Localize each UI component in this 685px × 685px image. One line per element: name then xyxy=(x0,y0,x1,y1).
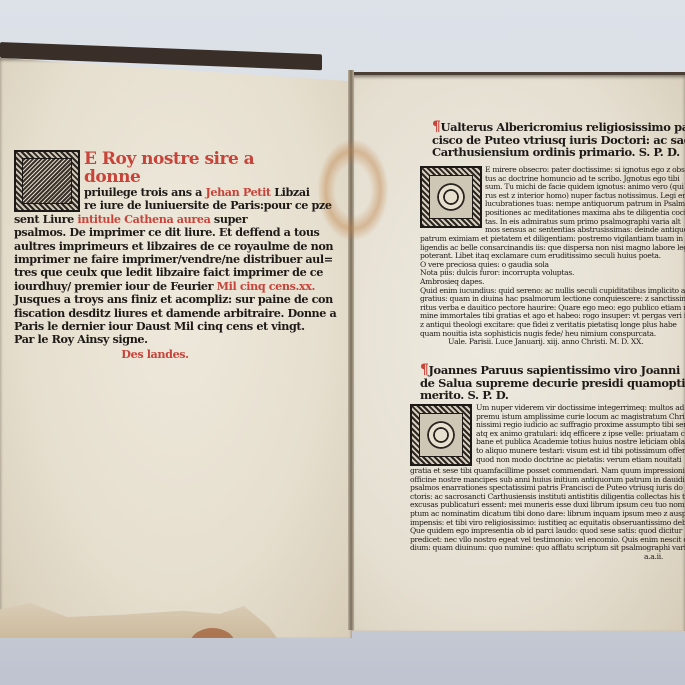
letter2-body: gratia et sese tibi quamfacillime posset… xyxy=(410,467,685,562)
rust-stain xyxy=(60,648,290,658)
text-line: sent Liure intitule Cathena aurea super xyxy=(14,213,296,226)
letter2-body-indented: Um nuper viderem vir doctissime integerr… xyxy=(476,404,685,464)
decorated-initial-letter xyxy=(410,404,472,466)
decorated-initial-letter xyxy=(14,150,80,212)
paper-damage xyxy=(0,603,305,681)
text-line: aultres imprimeurs et libzaires de ce ro… xyxy=(14,240,296,253)
text-line: imprimer ne faire imprimer/vendre/ne dis… xyxy=(14,253,296,266)
rust-stain-patch xyxy=(190,628,235,660)
letter1-body-indented: E mirere obsecro: pater doctissime: si i… xyxy=(485,166,685,235)
decorated-initial-letter xyxy=(420,166,482,228)
text-line: Jusques a troys ans finiz et acompliz: s… xyxy=(14,293,296,306)
book-photograph: E Roy nostre sire a donne priuilege troi… xyxy=(0,0,685,685)
text-line: psalmos. De imprimer ce dit liure. Et de… xyxy=(14,226,296,239)
text-line: Paris le dernier iour Daust Mil cinq cen… xyxy=(14,320,296,333)
water-stain xyxy=(318,140,388,240)
letter1-heading: ¶Ualterus Albericromius religiosissimo p… xyxy=(432,121,685,159)
text-line: tres que ceulx que ledit libzaire faict … xyxy=(14,266,296,279)
text-line: iourdhuy/ premier iour de Feurier Mil ci… xyxy=(14,280,296,293)
letter1-body: patrum eximiam et pietatem et diligentia… xyxy=(420,235,685,347)
signature-mark: a.a.ii. xyxy=(410,553,685,562)
text-line: fiscation desditz liures et damende arbi… xyxy=(14,307,296,320)
royal-privilege-text: E Roy nostre sire a donne priuilege troi… xyxy=(14,150,296,361)
text-line: Par le Roy Ainsy signe. xyxy=(14,333,296,346)
letter1-closing: Uale. Parisii. Luce Januarij. xiij. anno… xyxy=(420,338,685,347)
letter2-heading: ¶Joannes Paruus sapientissimo viro Joann… xyxy=(420,364,685,402)
signature: Des landes. xyxy=(14,348,296,361)
